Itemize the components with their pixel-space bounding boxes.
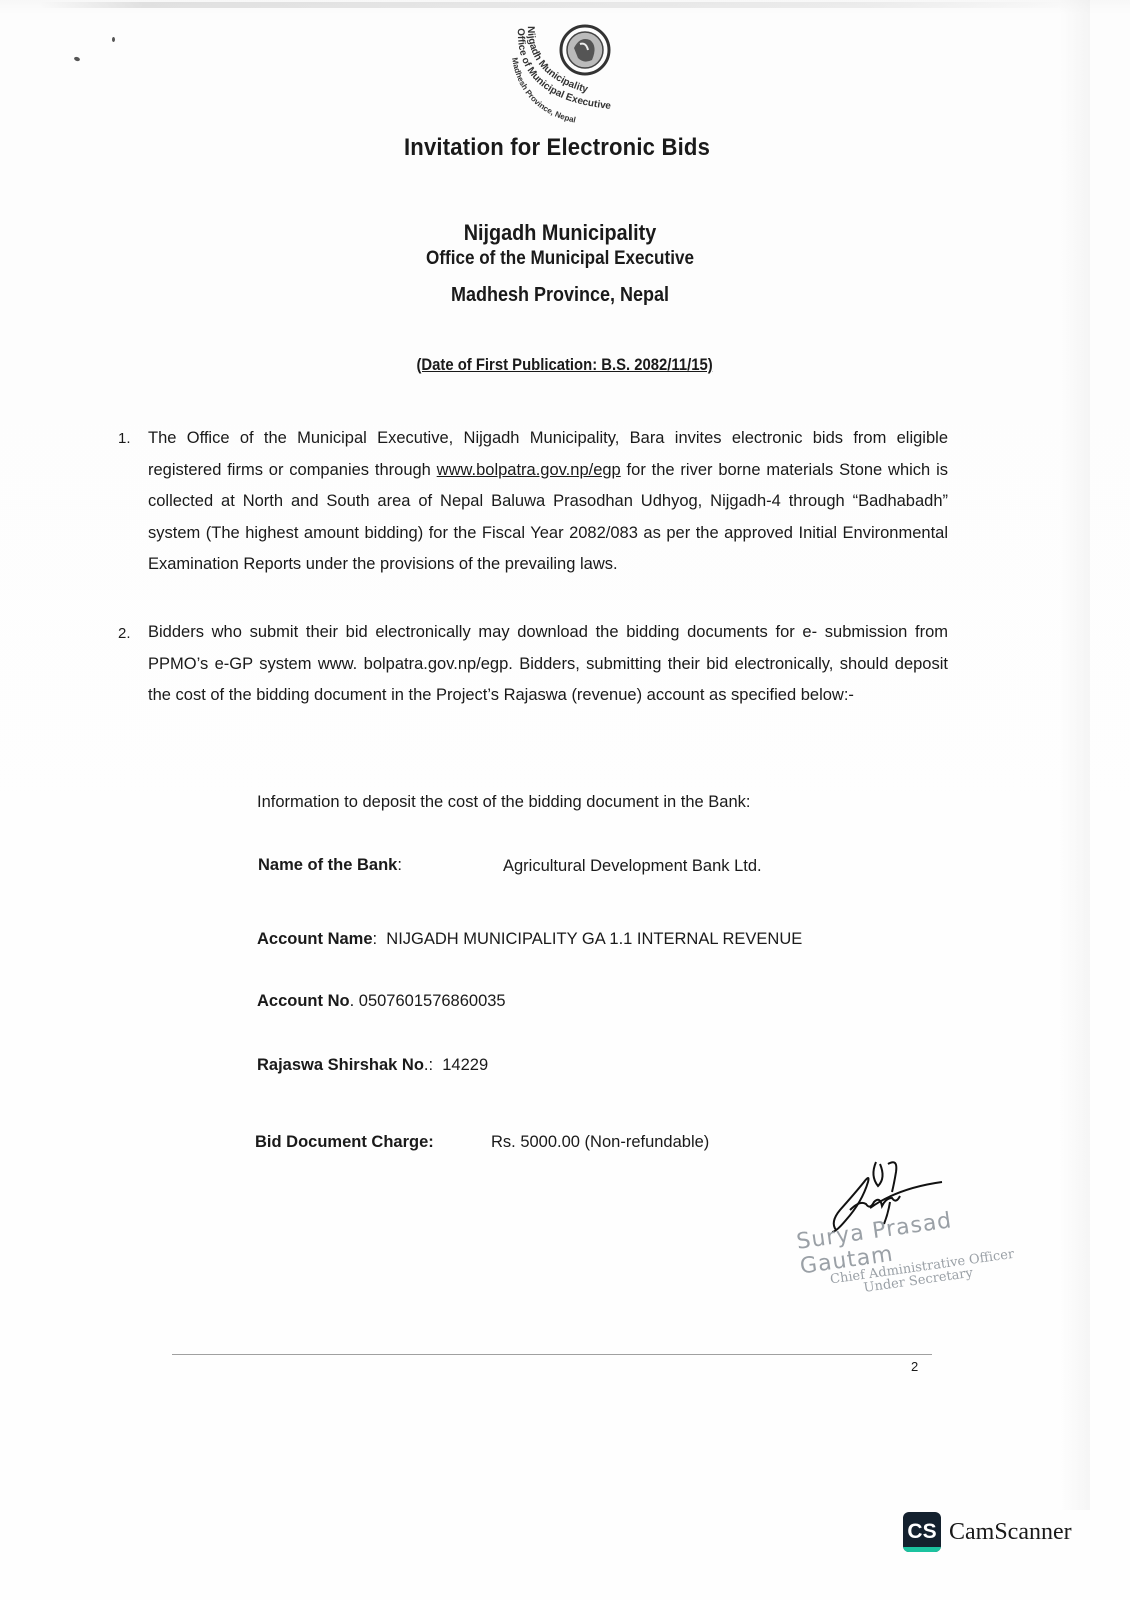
account-name-row: Account Name: NIJGADH MUNICIPALITY GA 1.…: [257, 930, 802, 949]
shirshak-value: 14229: [442, 1056, 488, 1074]
account-no-value: 0507601576860035: [359, 992, 506, 1010]
paragraph-1: The Office of the Municipal Executive, N…: [148, 423, 948, 581]
bolpatra-link[interactable]: www.bolpatra.gov.np/egp: [437, 461, 621, 479]
paragraph-number: 2.: [118, 625, 131, 642]
office-name: Office of the Municipal Executive: [52, 248, 1069, 270]
scan-speck: [73, 56, 80, 62]
bank-name-value: Agricultural Development Bank Ltd.: [503, 857, 762, 876]
municipal-seal-icon: Nijgadh Municipality Office of Municipal…: [508, 18, 658, 138]
scan-speck: [112, 37, 115, 42]
camscanner-logo-icon: CS: [903, 1512, 941, 1552]
publication-date: (Date of First Publication: B.S. 2082/11…: [0, 356, 1130, 375]
organization-name: Nijgadh Municipality: [52, 220, 1069, 246]
footer-divider: [172, 1354, 932, 1355]
charge-label: Bid Document Charge:: [255, 1133, 434, 1152]
bank-name-label: Name of the Bank:: [258, 856, 402, 875]
document-title: Invitation for Electronic Bids: [37, 134, 1077, 162]
camscanner-watermark: CS CamScanner: [903, 1512, 1072, 1552]
paragraph-number: 1.: [118, 430, 131, 447]
scan-top-edge: [40, 2, 1070, 8]
page-number: 2: [911, 1359, 918, 1374]
charge-value: Rs. 5000.00 (Non-refundable): [491, 1133, 709, 1152]
paragraph-2: Bidders who submit their bid electronica…: [148, 617, 948, 712]
scanned-page: Nijgadh Municipality Office of Municipal…: [0, 0, 1130, 1600]
account-no-row: Account No. 0507601576860035: [257, 992, 506, 1011]
account-name-value: NIJGADH MUNICIPALITY GA 1.1 INTERNAL REV…: [386, 930, 802, 948]
bank-info-intro: Information to deposit the cost of the b…: [257, 793, 750, 812]
camscanner-brand: CamScanner: [949, 1519, 1072, 1546]
shirshak-row: Rajaswa Shirshak No.: 14229: [257, 1056, 488, 1075]
province-name: Madhesh Province, Nepal: [52, 284, 1069, 307]
